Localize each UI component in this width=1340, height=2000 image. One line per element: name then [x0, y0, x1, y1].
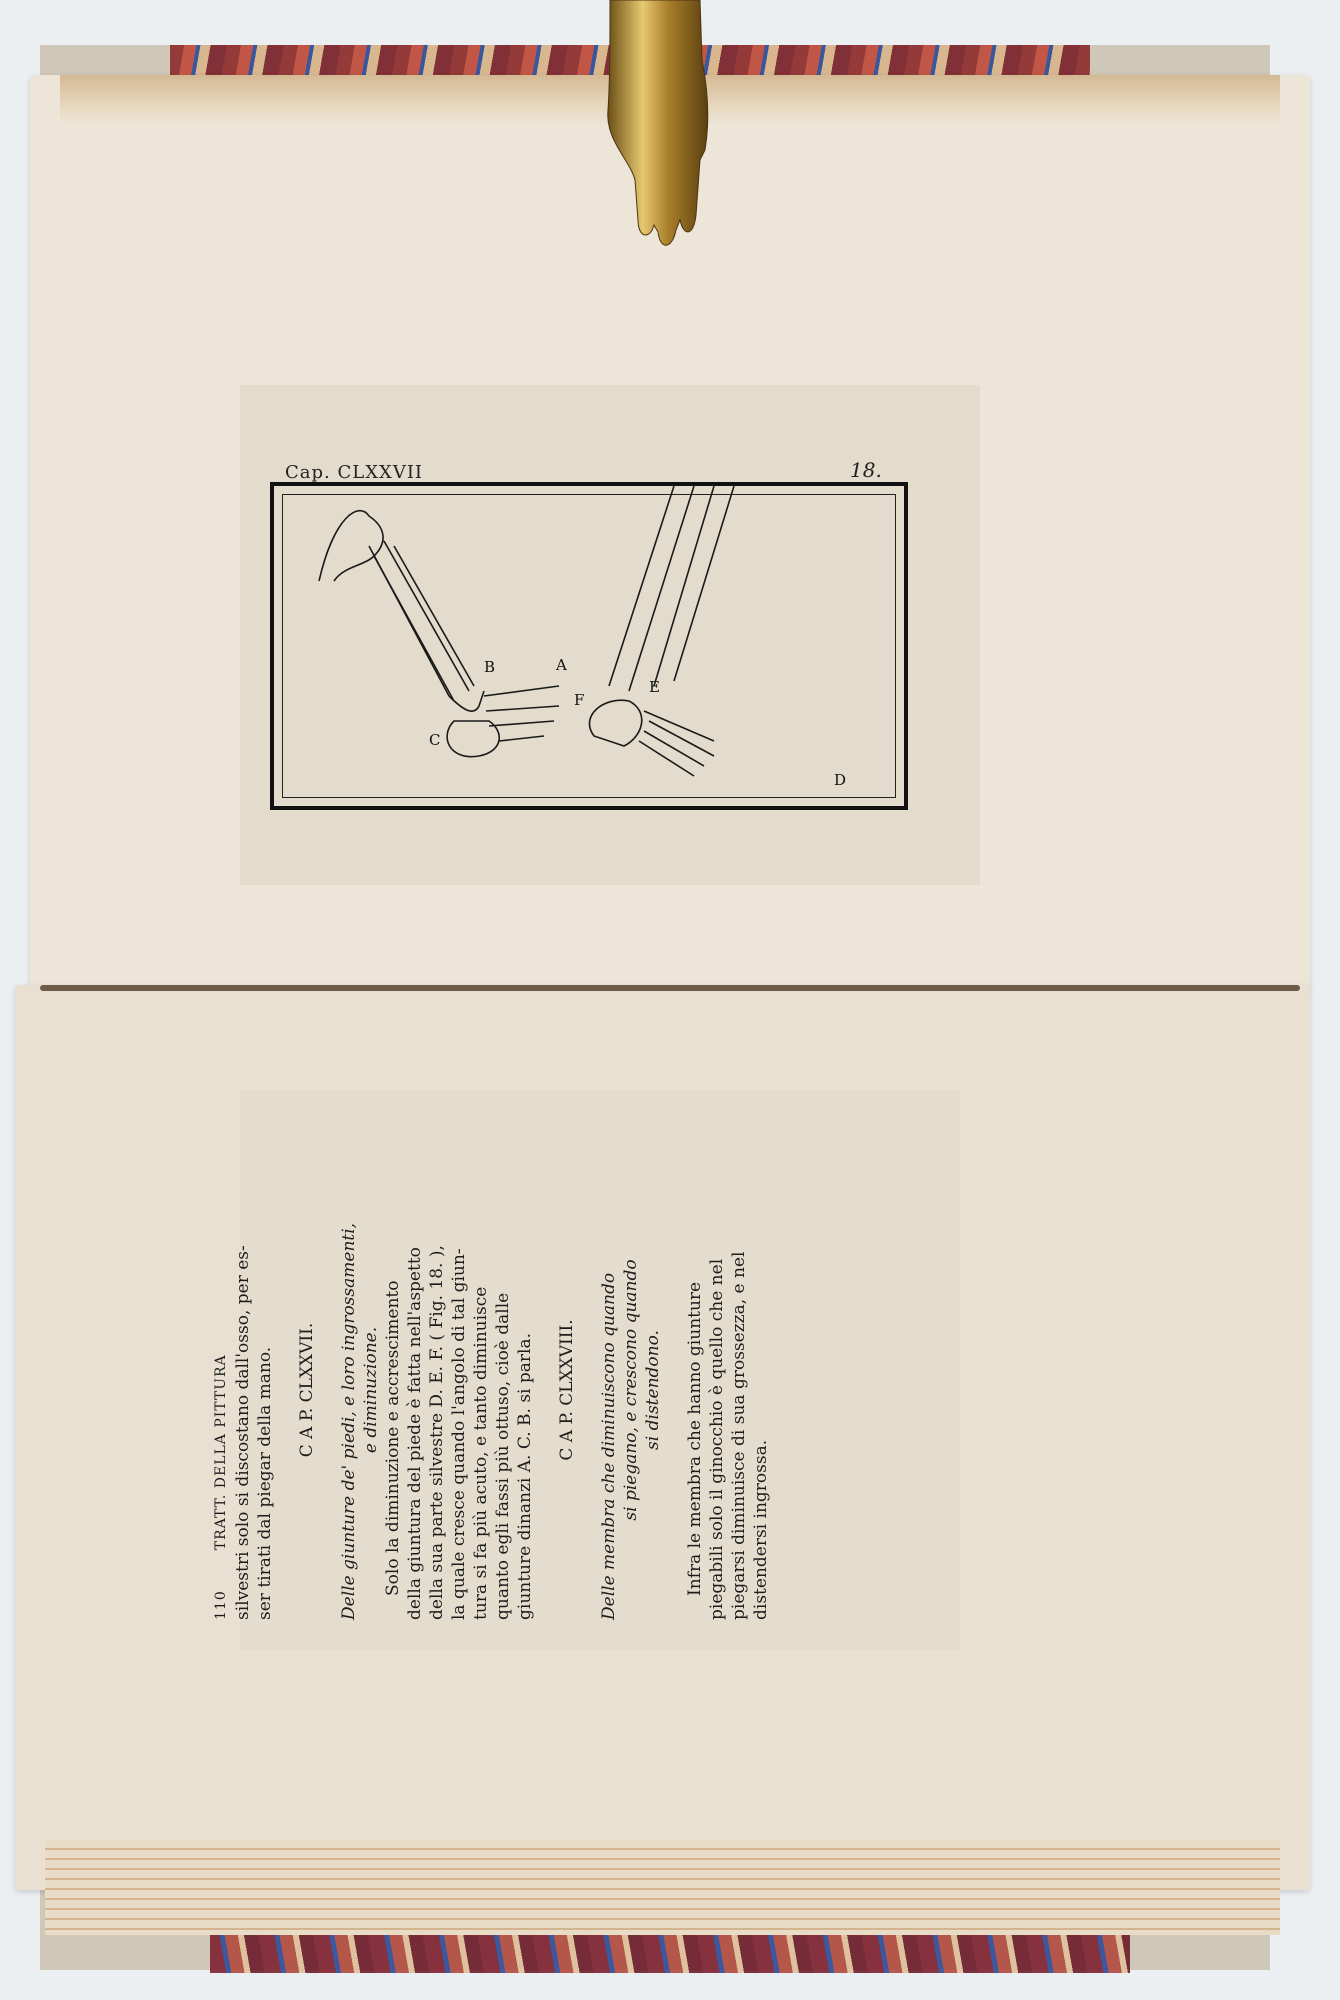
body-line: piegarsi diminuisce di sua grossezza, e …	[728, 1160, 750, 1620]
body-line: Solo la diminuzione e accrescimento	[382, 1160, 404, 1620]
body-line: giunture dinanzi A. C. B. si parla.	[514, 1160, 536, 1620]
chapter-heading: C A P. CLXXVIII.	[556, 1160, 578, 1620]
continuation-line: silvestri solo si discostano dall'osso, …	[232, 1160, 254, 1620]
chapter-title: si distendono.	[642, 1160, 664, 1620]
figure-number: 18.	[850, 458, 882, 482]
figure-label-c: C	[429, 731, 440, 749]
body-line: quanto egli fassi più ottuso, cioè dalle	[492, 1160, 514, 1620]
body-line: della sua parte silvestre D. E. F. ( Fig…	[426, 1160, 448, 1620]
chapter-heading: C A P. CLXXVII.	[296, 1160, 318, 1620]
figure-label-d: D	[834, 771, 846, 789]
chapter-title: Delle membra che diminuiscono quando	[598, 1160, 620, 1620]
rotated-text-block: 110 TRATT. DELLA PITTURA silvestri solo …	[210, 1160, 770, 1620]
anatomical-figure: B A C F E D	[270, 482, 908, 810]
plate-chapter-heading: Cap. CLXXVII	[285, 462, 423, 483]
brass-hand-weight-icon	[580, 0, 730, 250]
running-head: TRATT. DELLA PITTURA	[210, 1354, 232, 1550]
figure-label-a: A	[556, 656, 567, 674]
figure-label-b: B	[484, 658, 495, 676]
page-edges-bottom	[45, 1840, 1280, 1935]
book-gutter-spine	[40, 985, 1300, 991]
body-line: Infra le membra che hanno giunture	[684, 1160, 706, 1620]
body-line: distendersi ingrossa.	[750, 1160, 772, 1620]
body-line: piegabili solo il ginocchio è quello che…	[706, 1160, 728, 1620]
body-line: tura si fa più acuto, e tanto diminuisce	[470, 1160, 492, 1620]
leg-bones-illustration-icon	[274, 486, 904, 806]
body-line: della giuntura del piede è fatta nell'as…	[404, 1160, 426, 1620]
chapter-title: si piegano, e crescono quando	[620, 1160, 642, 1620]
figure-label-f: F	[574, 691, 584, 709]
marbled-endpaper-bottom	[210, 1935, 1130, 1973]
body-line: la quale cresce quando l'angolo di tal g…	[448, 1160, 470, 1620]
figure-label-e: E	[649, 678, 660, 696]
text-column: 110 TRATT. DELLA PITTURA silvestri solo …	[210, 1160, 772, 1620]
running-header: 110 TRATT. DELLA PITTURA	[210, 1160, 232, 1620]
continuation-line: ser tirati dal piegar della mano.	[254, 1160, 276, 1620]
page-number: 110	[210, 1590, 232, 1620]
chapter-title: e diminuzione.	[360, 1160, 382, 1620]
chapter-title: Delle giunture de' piedi, e loro ingross…	[338, 1160, 360, 1620]
